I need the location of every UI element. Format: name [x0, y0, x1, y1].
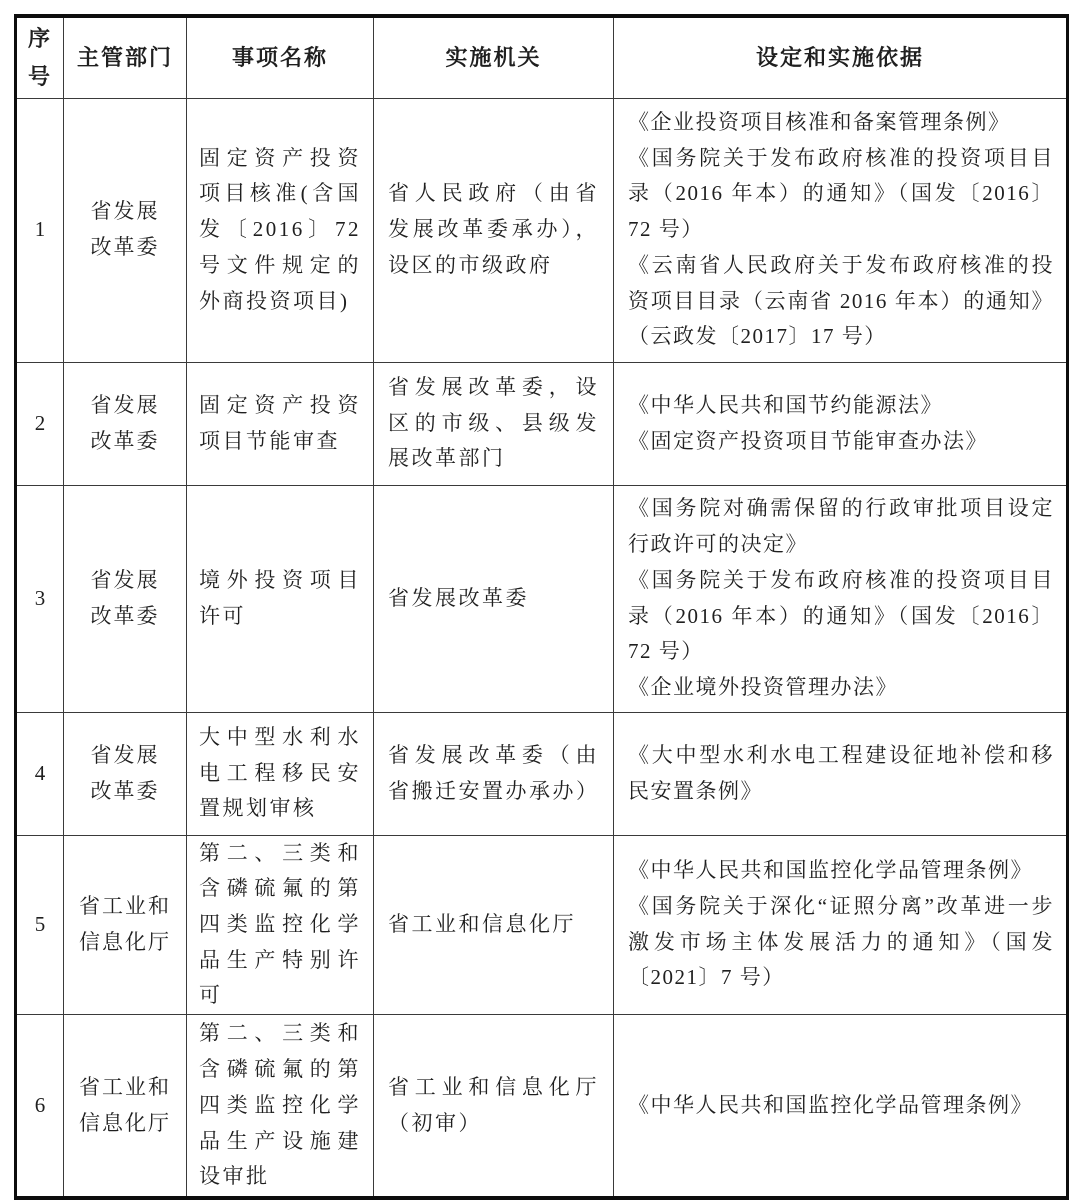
cell-item: 第二、三类和含磷硫氟的第四类监控化学品生产特别许可 [187, 835, 374, 1014]
cell-agency: 省发展改革委（由省搬迁安置办承办） [374, 712, 614, 835]
cell-item: 固定资产投资项目核准(含国发〔2016〕72号文件规定的外商投资项目) [187, 98, 374, 362]
table-row: 6 省工业和 信息化厅 第二、三类和含磷硫氟的第四类监控化学品生产设施建设审批 … [16, 1014, 1068, 1198]
cell-item: 固定资产投资项目节能审查 [187, 362, 374, 485]
cell-agency: 省工业和信息化厅（初审） [374, 1014, 614, 1198]
header-agency: 实施机关 [374, 16, 614, 98]
cell-seq: 6 [16, 1014, 64, 1198]
cell-seq: 4 [16, 712, 64, 835]
cell-seq: 3 [16, 485, 64, 712]
cell-seq: 2 [16, 362, 64, 485]
cell-item: 大中型水利水电工程移民安置规划审核 [187, 712, 374, 835]
cell-item: 第二、三类和含磷硫氟的第四类监控化学品生产设施建设审批 [187, 1014, 374, 1198]
cell-agency: 省发展改革委 [374, 485, 614, 712]
cell-dept: 省发展 改革委 [64, 485, 187, 712]
header-item: 事项名称 [187, 16, 374, 98]
cell-seq: 1 [16, 98, 64, 362]
cell-seq: 5 [16, 835, 64, 1014]
header-dept: 主管部门 [64, 16, 187, 98]
cell-basis: 《大中型水利水电工程建设征地补偿和移民安置条例》 [614, 712, 1068, 835]
table-row: 3 省发展 改革委 境外投资项目许可 省发展改革委 《国务院对确需保留的行政审批… [16, 485, 1068, 712]
cell-dept: 省发展 改革委 [64, 362, 187, 485]
cell-basis: 《企业投资项目核准和备案管理条例》 《国务院关于发布政府核准的投资项目目录（20… [614, 98, 1068, 362]
cell-agency: 省人民政府（由省发展改革委承办），设区的市级政府 [374, 98, 614, 362]
cell-dept: 省工业和 信息化厅 [64, 1014, 187, 1198]
cell-dept: 省发展 改革委 [64, 712, 187, 835]
table-header-row: 序 号 主管部门 事项名称 实施机关 设定和实施依据 [16, 16, 1068, 98]
cell-dept: 省工业和 信息化厅 [64, 835, 187, 1014]
header-basis: 设定和实施依据 [614, 16, 1068, 98]
cell-basis: 《中华人民共和国监控化学品管理条例》 [614, 1014, 1068, 1198]
cell-basis: 《国务院对确需保留的行政审批项目设定行政许可的决定》 《国务院关于发布政府核准的… [614, 485, 1068, 712]
table-row: 2 省发展 改革委 固定资产投资项目节能审查 省发展改革委，设区的市级、县级发展… [16, 362, 1068, 485]
approval-items-table: 序 号 主管部门 事项名称 实施机关 设定和实施依据 1 省发展 改革委 固定资… [14, 14, 1069, 1200]
cell-dept: 省发展 改革委 [64, 98, 187, 362]
table-row: 5 省工业和 信息化厅 第二、三类和含磷硫氟的第四类监控化学品生产特别许可 省工… [16, 835, 1068, 1014]
table-row: 4 省发展 改革委 大中型水利水电工程移民安置规划审核 省发展改革委（由省搬迁安… [16, 712, 1068, 835]
cell-basis: 《中华人民共和国监控化学品管理条例》 《国务院关于深化“证照分离”改革进一步激发… [614, 835, 1068, 1014]
cell-agency: 省工业和信息化厅 [374, 835, 614, 1014]
cell-item: 境外投资项目许可 [187, 485, 374, 712]
cell-agency: 省发展改革委，设区的市级、县级发展改革部门 [374, 362, 614, 485]
header-seq: 序 号 [16, 16, 64, 98]
table-row: 1 省发展 改革委 固定资产投资项目核准(含国发〔2016〕72号文件规定的外商… [16, 98, 1068, 362]
cell-basis: 《中华人民共和国节约能源法》 《固定资产投资项目节能审查办法》 [614, 362, 1068, 485]
